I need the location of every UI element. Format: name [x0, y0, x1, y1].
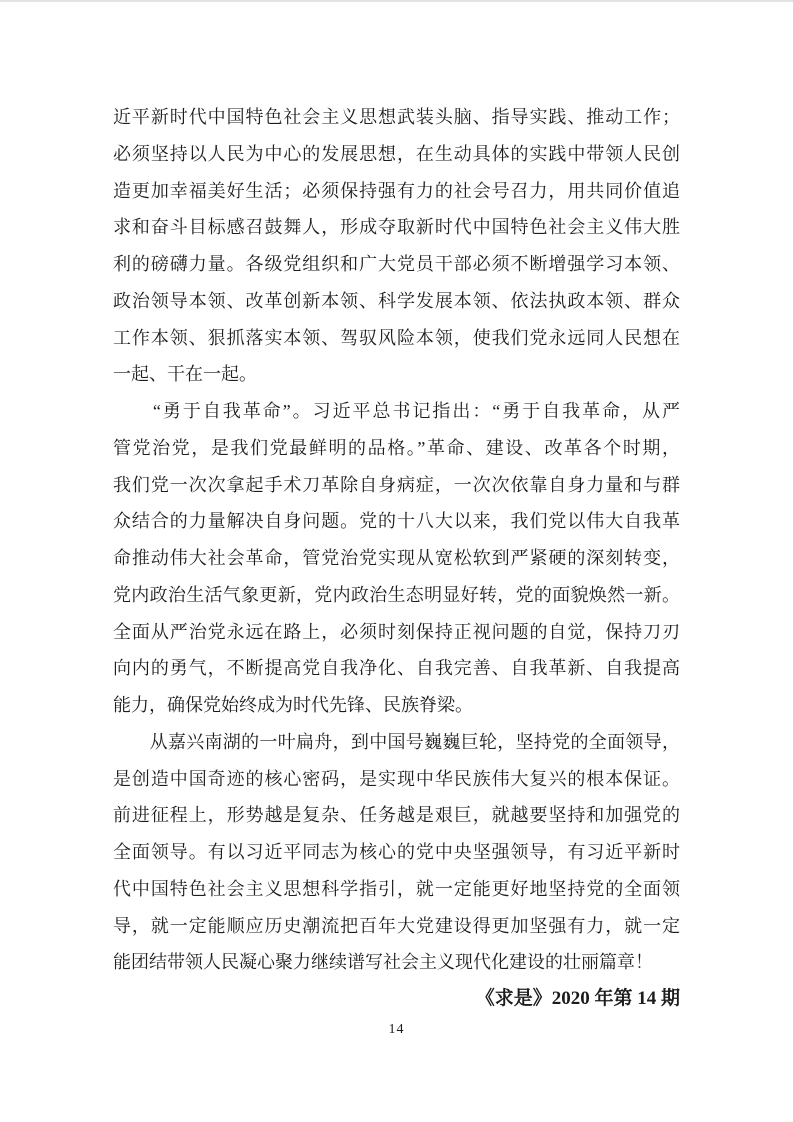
text-line: 近平新时代中国特色社会主义思想武装头脑、指导实践、推动工作；: [113, 99, 680, 136]
text-line: 利的磅礴力量。各级党组织和广大党员干部必须不断增强学习本领、: [113, 246, 680, 283]
text-line: 代中国特色社会主义思想科学指引，就一定能更好地坚持党的全面领: [113, 871, 680, 908]
text-line: 党内政治生活气象更新，党内政治生态明显好转，党的面貌焕然一新。: [113, 577, 680, 614]
text-line: 管党治党，是我们党最鲜明的品格。”革命、建设、改革各个时期，: [113, 430, 680, 467]
text-line: 全面从严治党永远在路上，必须时刻保持正视问题的自觉，保持刀刃: [113, 614, 680, 651]
text-line: 能团结带领人民凝心聚力继续谱写社会主义现代化建设的壮丽篇章！: [113, 944, 680, 981]
scan-edge-line: [0, 0, 793, 2]
text-line: 政治领导本领、改革创新本领、科学发展本领、依法执政本领、群众: [113, 283, 680, 320]
text-line: 向内的勇气，不断提高党自我净化、自我完善、自我革新、自我提高: [113, 650, 680, 687]
text-line: 是创造中国奇迹的核心密码，是实现中华民族伟大复兴的根本保证。: [113, 761, 680, 798]
text-line: 前进征程上，形势越是复杂、任务越是艰巨，就越要坚持和加强党的: [113, 797, 680, 834]
page-number: 14: [0, 1022, 793, 1038]
source-attribution: 《求是》2020 年第 14 期: [113, 981, 680, 1018]
text-line: 工作本领、狠抓落实本领、驾驭风险本领，使我们党永远同人民想在: [113, 320, 680, 357]
text-line: 导，就一定能顺应历史潮流把百年大党建设得更加坚强有力，就一定: [113, 908, 680, 945]
text-line: 必须坚持以人民为中心的发展思想，在生动具体的实践中带领人民创: [113, 136, 680, 173]
document-page: 近平新时代中国特色社会主义思想武装头脑、指导实践、推动工作；必须坚持以人民为中心…: [0, 0, 793, 1122]
text-line: 从嘉兴南湖的一叶扁舟，到中国号巍巍巨轮，坚持党的全面领导，: [113, 724, 680, 761]
text-line: 求和奋斗目标感召鼓舞人，形成夺取新时代中国特色社会主义伟大胜: [113, 209, 680, 246]
text-line: 全面领导。有以习近平同志为核心的党中央坚强领导，有习近平新时: [113, 834, 680, 871]
text-line: “勇于自我革命”。习近平总书记指出：“勇于自我革命，从严: [113, 393, 680, 430]
text-line: 命推动伟大社会革命，管党治党实现从宽松软到严紧硬的深刻转变，: [113, 540, 680, 577]
paragraphs-container: 近平新时代中国特色社会主义思想武装头脑、指导实践、推动工作；必须坚持以人民为中心…: [113, 99, 680, 981]
article-text-block: 近平新时代中国特色社会主义思想武装头脑、指导实践、推动工作；必须坚持以人民为中心…: [113, 99, 680, 1018]
text-line: 我们党一次次拿起手术刀革除自身病症，一次次依靠自身力量和与群: [113, 467, 680, 504]
text-line: 造更加幸福美好生活；必须保持强有力的社会号召力，用共同价值追: [113, 173, 680, 210]
text-line: 众结合的力量解决自身问题。党的十八大以来，我们党以伟大自我革: [113, 503, 680, 540]
text-line: 一起、干在一起。: [113, 356, 680, 393]
text-line: 能力，确保党始终成为时代先锋、民族脊梁。: [113, 687, 680, 724]
